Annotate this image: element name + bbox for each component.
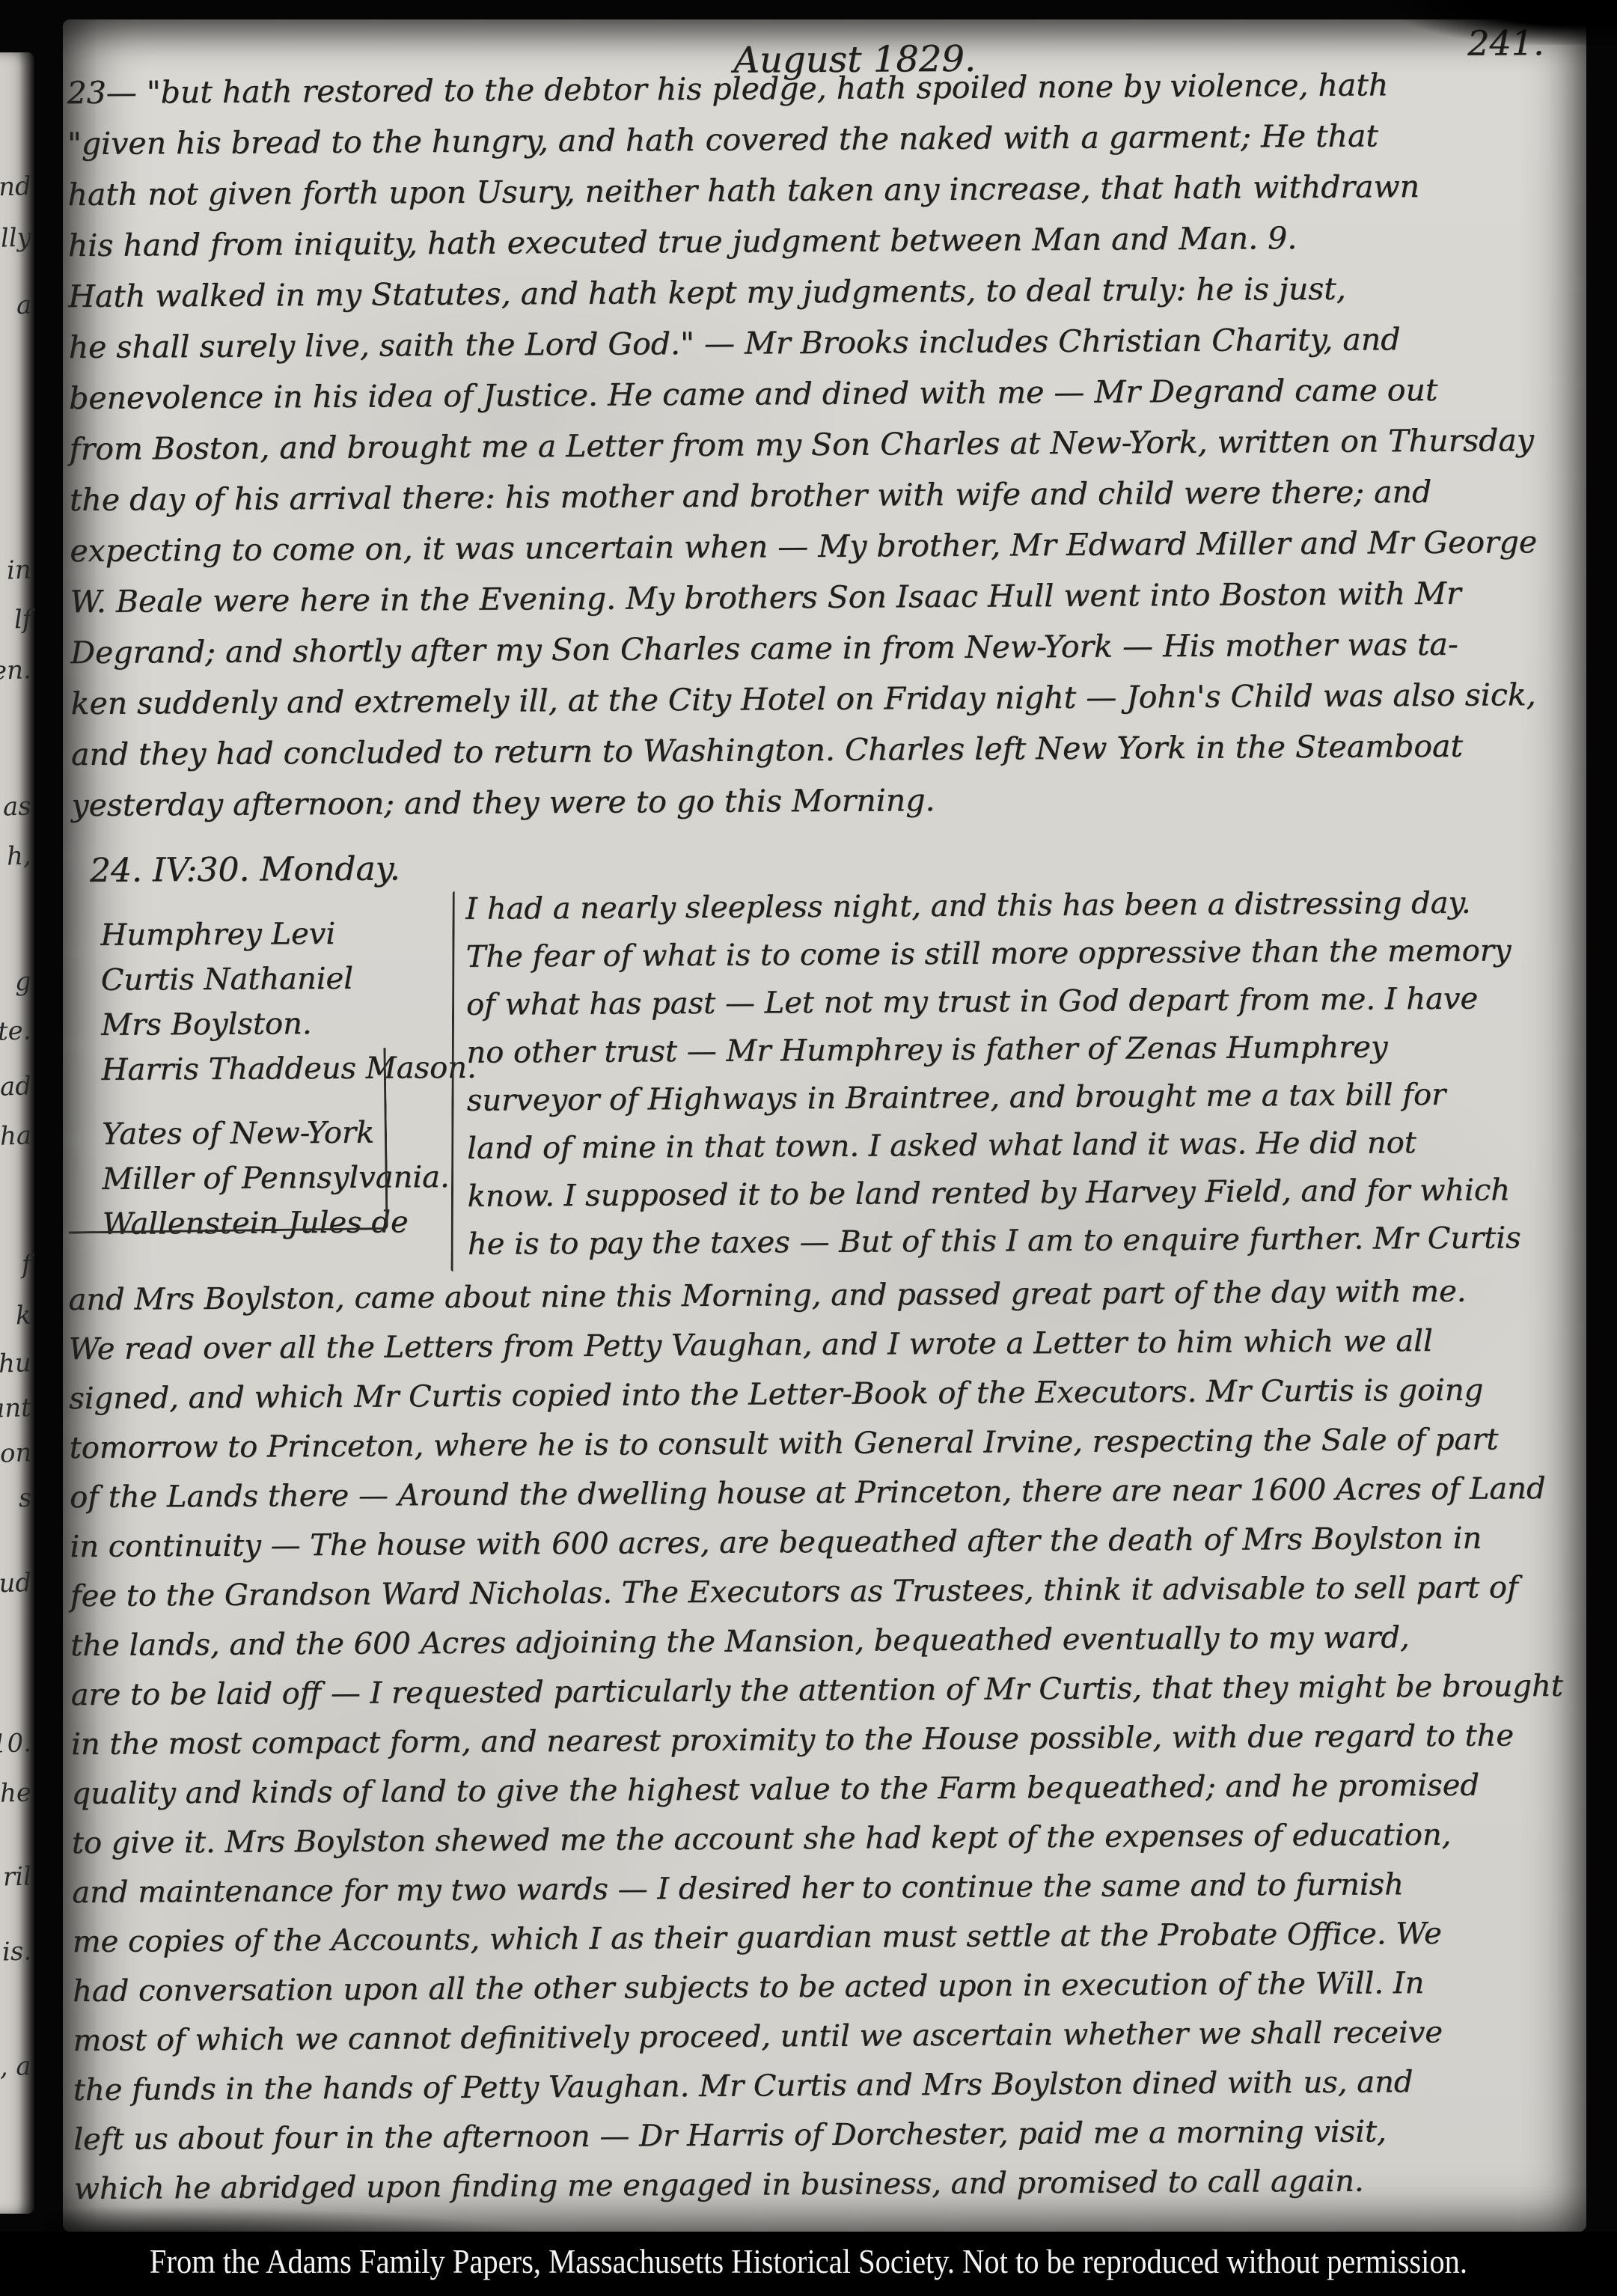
edge-text-fragment: g <box>15 967 32 998</box>
manuscript-line: yesterday afternoon; and they were to go… <box>71 771 1575 831</box>
diary-entry-24-body: and Mrs Boylston, came about nine this M… <box>68 1266 1586 2214</box>
edge-text-fragment: is. <box>1 1936 32 1967</box>
manuscript-line: know. I supposed it to be land rented by… <box>467 1166 1574 1221</box>
manuscript-line: no other trust — Mr Humphrey is father o… <box>466 1022 1574 1077</box>
edge-text-fragment: t, a <box>0 2051 32 2083</box>
manuscript-line: Degrand; and shortly after my Son Charle… <box>70 618 1574 678</box>
edge-text-fragment: h, <box>7 840 32 871</box>
entry-24-date-heading: 24. IV:30. Monday. <box>90 849 400 890</box>
manuscript-line: which he abridged upon finding me engage… <box>73 2155 1586 2214</box>
manuscript-line: he is to pay the taxes — But of this I a… <box>468 1214 1575 1268</box>
photo-shadow-top-right <box>1393 0 1617 45</box>
manuscript-line: ken suddenly and extremely ill, at the C… <box>70 669 1574 729</box>
manuscript-line: The fear of what is to come is still mor… <box>465 926 1573 981</box>
manuscript-line: left us about four in the afternoon — Dr… <box>73 2106 1586 2164</box>
manuscript-line: We read over all the Letters from Petty … <box>69 1316 1585 1374</box>
manuscript-line: 23— "but hath restored to the debtor his… <box>67 58 1571 118</box>
edge-text-fragment: k <box>16 1301 32 1331</box>
handwriting-layer: August 1829. 241. 23— "but hath restored… <box>63 19 1586 2232</box>
archive-caption-bar: From the Adams Family Papers, Massachuse… <box>0 2232 1617 2296</box>
manuscript-line: and they had concluded to return to Wash… <box>71 720 1575 780</box>
manuscript-line: W. Beale were here in the Evening. My br… <box>70 567 1574 627</box>
edge-text-fragment: ha <box>0 1120 32 1151</box>
edge-text-fragment: te. <box>0 1016 32 1047</box>
manuscript-line: tomorrow to Princeton, where he is to co… <box>69 1414 1585 1473</box>
diary-entry-23: 23— "but hath restored to the debtor his… <box>67 58 1575 831</box>
manuscript-line: the lands, and the 600 Acres adjoining t… <box>70 1612 1586 1670</box>
edge-text-fragment: a <box>16 290 32 321</box>
edge-text-fragment: hu <box>0 1348 32 1379</box>
manuscript-line: Hath walked in my Statutes, and hath kep… <box>68 262 1572 322</box>
edge-text-fragment: s <box>18 1483 32 1514</box>
manuscript-line: in the most compact form, and nearest pr… <box>71 1711 1586 1769</box>
manuscript-line: had conversation upon all the other subj… <box>73 1958 1586 2016</box>
manuscript-line: from Boston, and brought me a Letter fro… <box>69 415 1573 474</box>
manuscript-line: of the Lands there — Around the dwelling… <box>70 1464 1586 1522</box>
names-box-rule <box>67 1048 388 1234</box>
manuscript-line: most of which we cannot definitively pro… <box>73 2007 1586 2066</box>
archive-caption-text: From the Adams Family Papers, Massachuse… <box>81 2232 1536 2292</box>
visitor-name: Mrs Boylston. <box>101 1001 476 1048</box>
diary-entry-24-indented: I had a nearly sleepless night, and this… <box>465 879 1575 1268</box>
edge-text-fragment: ant <box>0 1393 32 1424</box>
edge-text-fragment: ad <box>0 1071 32 1102</box>
manuscript-line: and Mrs Boylston, came about nine this M… <box>68 1266 1584 1325</box>
manuscript-line: land of mine in that town. I asked what … <box>467 1118 1574 1173</box>
manuscript-line: hath not given forth upon Usury, neither… <box>67 160 1571 220</box>
manuscript-line: of what has past — Let not my trust in G… <box>466 974 1574 1029</box>
edge-text-fragment: lf <box>13 605 32 635</box>
edge-text-fragment: oud <box>0 1568 32 1599</box>
edge-text-fragment: end <box>0 171 32 203</box>
manuscript-line: he shall surely live, saith the Lord God… <box>68 313 1572 373</box>
manuscript-line: benevolence in his idea of Justice. He c… <box>69 364 1573 424</box>
manuscript-line: the funds in the hands of Petty Vaughan.… <box>73 2057 1586 2115</box>
manuscript-line: quality and kinds of land to give the hi… <box>71 1760 1586 1819</box>
manuscript-line: the day of his arrival there: his mother… <box>70 465 1574 525</box>
manuscript-line: surveyor of Highways in Braintree, and b… <box>467 1070 1574 1125</box>
edge-text-fragment: ril <box>2 1861 31 1892</box>
edge-text-fragment: f <box>22 1250 32 1280</box>
edge-text-fragment: en. <box>0 655 32 686</box>
manuscript-line: to give it. Mrs Boylston shewed me the a… <box>72 1810 1586 1868</box>
manuscript-line: "given his bread to the hungry, and hath… <box>67 109 1571 169</box>
manuscript-line: his hand from iniquity, hath executed tr… <box>68 211 1572 271</box>
manuscript-line: and maintenance for my two wards — I des… <box>72 1859 1586 1917</box>
manuscript-line: me copies of the Accounts, which I as th… <box>72 1908 1586 1967</box>
diary-page-scan: August 1829. 241. 23— "but hath restored… <box>63 19 1586 2232</box>
visitor-name: Humphrey Levi <box>100 911 475 958</box>
visitor-name: Curtis Nathaniel <box>101 956 476 1003</box>
manuscript-line: signed, and which Mr Curtis copied into … <box>69 1365 1585 1423</box>
edge-text-fragment: in <box>7 555 32 585</box>
manuscript-line: expecting to come on, it was uncertain w… <box>70 516 1574 576</box>
manuscript-line: in continuity — The house with 600 acres… <box>70 1513 1586 1572</box>
edge-text-fragment: as <box>3 791 32 822</box>
edge-text-fragment: on <box>0 1438 32 1468</box>
manuscript-line: I had a nearly sleepless night, and this… <box>465 879 1573 933</box>
edge-text-fragment: he <box>0 1777 32 1808</box>
manuscript-photo: end lly a in lf en. as h, g te. ad ha f … <box>0 0 1617 2296</box>
edge-text-fragment: 10. <box>0 1728 32 1759</box>
edge-text-fragment: lly <box>0 222 31 253</box>
facing-page-edge: end lly a in lf en. as h, g te. ad ha f … <box>0 52 34 2214</box>
manuscript-line: fee to the Grandson Ward Nicholas. The E… <box>70 1563 1586 1621</box>
manuscript-line: are to be laid off — I requested particu… <box>70 1661 1586 1720</box>
